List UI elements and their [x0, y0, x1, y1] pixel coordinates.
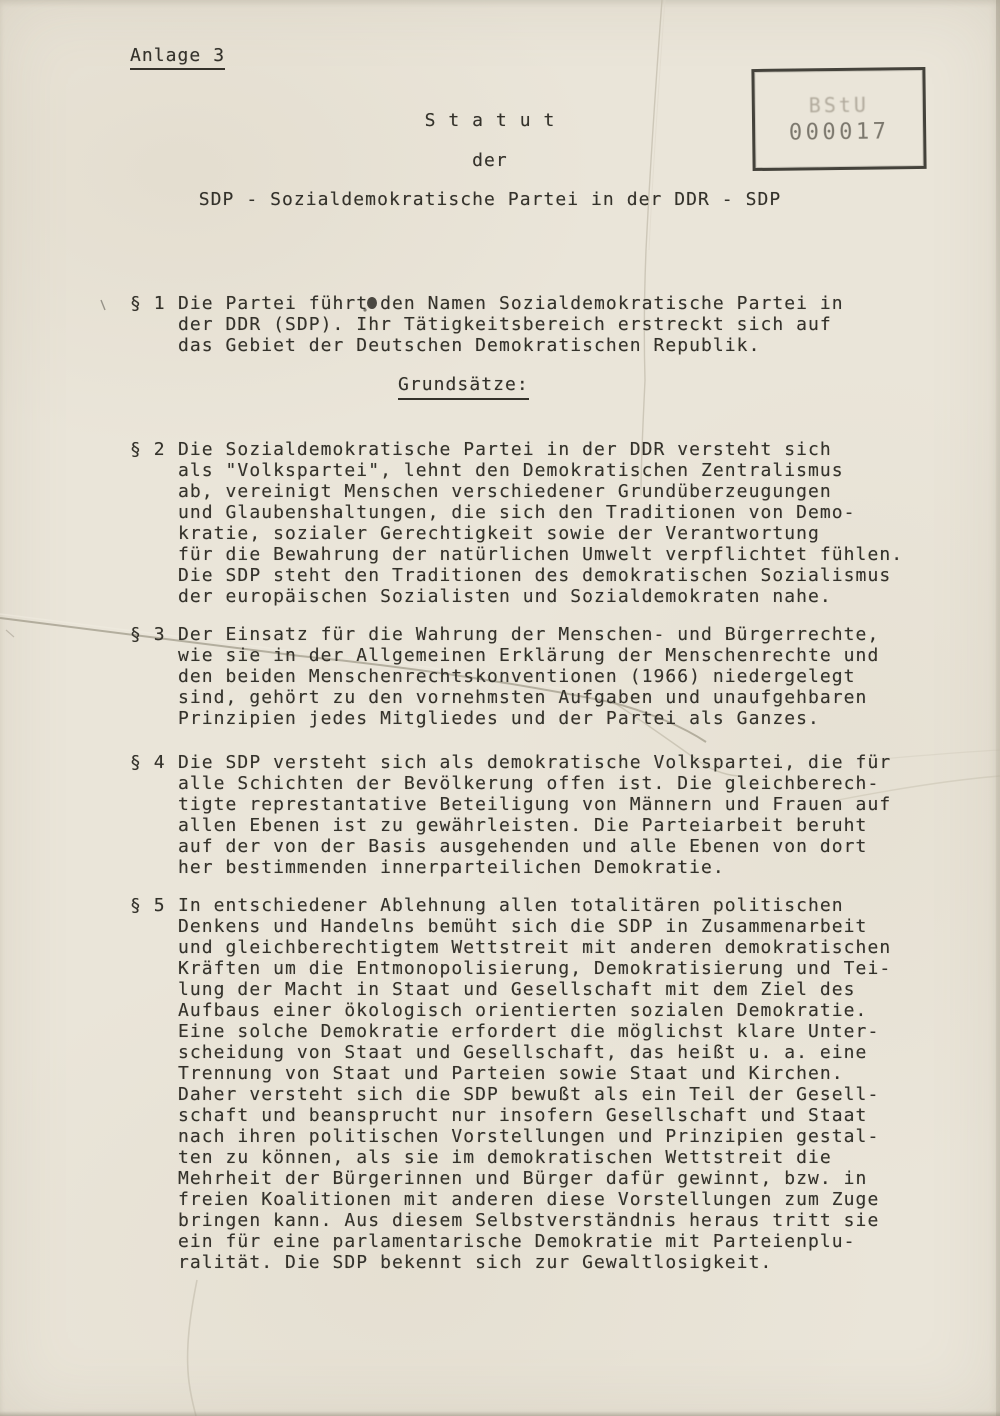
section-4-marker: § 4 [130, 752, 166, 773]
section-2-text: Die Sozialdemokratische Partei in der DD… [178, 439, 958, 607]
scanned-document-page: Anlage 3 BStU 000017 S t a t u t der SDP… [0, 0, 1000, 1416]
statute-section-3: § 3 Der Einsatz für die Wahrung der Mens… [178, 624, 958, 729]
fold-line-vertical [641, 0, 662, 495]
section-5-text: In entschiedener Ablehnung allen totalit… [178, 895, 958, 1273]
section-1-marker: § 1 [130, 293, 166, 314]
statute-section-5: § 5 In entschiedener Ablehnung allen tot… [178, 895, 958, 1273]
section-4-text: Die SDP versteht sich als demokratische … [178, 752, 958, 878]
scan-edge-right [996, 0, 1000, 1416]
principles-heading: Grundsätze: [398, 374, 529, 400]
section-3-marker: § 3 [130, 624, 166, 645]
title-connector: der [130, 150, 850, 171]
statute-section-2: § 2 Die Sozialdemokratische Partei in de… [178, 439, 958, 607]
margin-speck [101, 300, 105, 310]
section-1-text: Die Partei führt den Namen Sozialdemokra… [178, 293, 958, 356]
section-5-marker: § 5 [130, 895, 166, 916]
document-title: S t a t u t [130, 110, 850, 131]
statute-section-1: § 1 Die Partei führt den Namen Sozialdem… [178, 293, 958, 356]
section-2-marker: § 2 [130, 439, 166, 460]
section-3-text: Der Einsatz für die Wahrung der Menschen… [178, 624, 958, 729]
party-name-line: SDP - Sozialdemokratische Partei in der … [130, 189, 850, 210]
statute-section-4: § 4 Die SDP versteht sich als demokratis… [178, 752, 958, 878]
annex-label: Anlage 3 [130, 45, 225, 70]
scan-edge-bottom [0, 1411, 1000, 1416]
fold-line-bottom [188, 1280, 197, 1416]
